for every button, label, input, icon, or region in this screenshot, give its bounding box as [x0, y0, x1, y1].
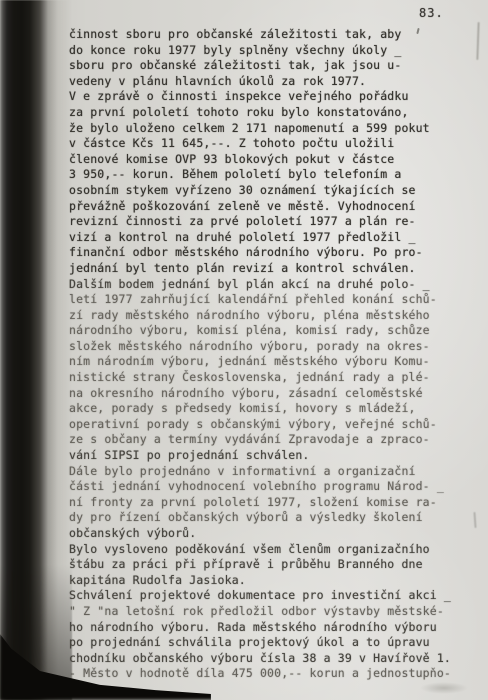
page-number: 83. — [419, 6, 444, 20]
text-line: chodníku občanského výboru čísla 38 a 39… — [69, 651, 479, 667]
text-line: dy pro řízení občanských výborů a výsled… — [69, 510, 479, 526]
text-line: složek městského národního výboru, porad… — [69, 339, 479, 355]
text-line: převážně poškozování zeleně ve městě. Vy… — [69, 199, 479, 215]
book-binding-shadow — [0, 0, 72, 700]
scan-edge-mark — [476, 22, 479, 60]
text-line: ze s občany a termíny vydávání Zpravodaj… — [69, 432, 479, 448]
text-line: vání SIPSI po projednání schválen. — [69, 448, 479, 464]
text-line: že bylo uloženo celkem 2 171 napomenutí … — [69, 121, 479, 137]
text-line: sboru pro občanské záležitosti tak, jak … — [69, 58, 479, 74]
text-line: do konce roku 1977 byly splněny všechny … — [69, 43, 479, 59]
text-block: činnost sboru pro občanské záležitosti t… — [69, 27, 479, 682]
text-line: V e zprávě o činnosti inspekce veřejného… — [69, 89, 479, 105]
text-line: Dalším bodem jednání byl plán akcí na dr… — [69, 277, 479, 293]
text-line: v částce Kčs 11 645,--. Z tohoto počtu u… — [69, 136, 479, 152]
text-line: ní fronty za první pololetí 1977, složen… — [69, 495, 479, 511]
text-line: části jednání vyhodnocení volebního prog… — [69, 479, 479, 495]
text-line: nistické strany Československa, jednání … — [69, 370, 479, 386]
text-line: ho národního výboru. Rada městského náro… — [69, 620, 479, 636]
text-line: letí 1977 zahrňující kalendářní přehled … — [69, 292, 479, 308]
text-line: na okresního národního výboru, zásadní c… — [69, 386, 479, 402]
text-line: finanční odbor městského národního výbor… — [69, 245, 479, 261]
text-line: vedeny v plánu hlavních úkolů za rok 197… — [69, 74, 479, 90]
scan-smudge — [420, 682, 468, 694]
text-line: činnost sboru pro občanské záležitosti t… — [69, 27, 479, 43]
text-line: Dále bylo projednáno v informativní a or… — [69, 464, 479, 480]
text-line: revizní činnosti za prvé pololetí 1977 a… — [69, 214, 479, 230]
text-line: " Z "na letošní rok předložil odbor výst… — [69, 604, 479, 620]
text-line: kapitána Rudolfa Jasioka. — [69, 573, 479, 589]
text-line: osobním stykem vyřízeno 30 oznámení týka… — [69, 183, 479, 199]
text-line: po projednání schválila projektový úkol … — [69, 635, 479, 651]
text-line: národního výboru, komisí pléna, komisí r… — [69, 323, 479, 339]
text-line: štábu za práci při přípravě i průběhu Br… — [69, 557, 479, 573]
text-line: občanských výborů. — [69, 526, 479, 542]
scanned-document-page: 83. činnost sboru pro občanské záležitos… — [0, 0, 488, 700]
text-line: operativní porady s občanskými výbory, v… — [69, 417, 479, 433]
text-line: - Město v hodnotě díla 475 000,-- korun … — [69, 666, 479, 682]
text-line: zí rady městského národního výboru, plén… — [69, 308, 479, 324]
text-line: vizí a kontrol na druhé pololetí 1977 př… — [69, 230, 479, 246]
text-line: Bylo vysloveno poděkování všem členům or… — [69, 542, 479, 558]
text-line: ním národním výboru, jednání městského v… — [69, 354, 479, 370]
text-line: jednání byl tento plán revizí a kontrol … — [69, 261, 479, 277]
text-line: akce, porady s předsedy komisí, hovory s… — [69, 401, 479, 417]
text-line: za první pololetí tohoto roku bylo konst… — [69, 105, 479, 121]
text-line: členové komise OVP 93 blokových pokut v … — [69, 152, 479, 168]
text-line: Schválení projektové dokumentace pro inv… — [69, 588, 479, 604]
text-line: 3 950,-- korun. Během pololetí bylo tele… — [69, 167, 479, 183]
